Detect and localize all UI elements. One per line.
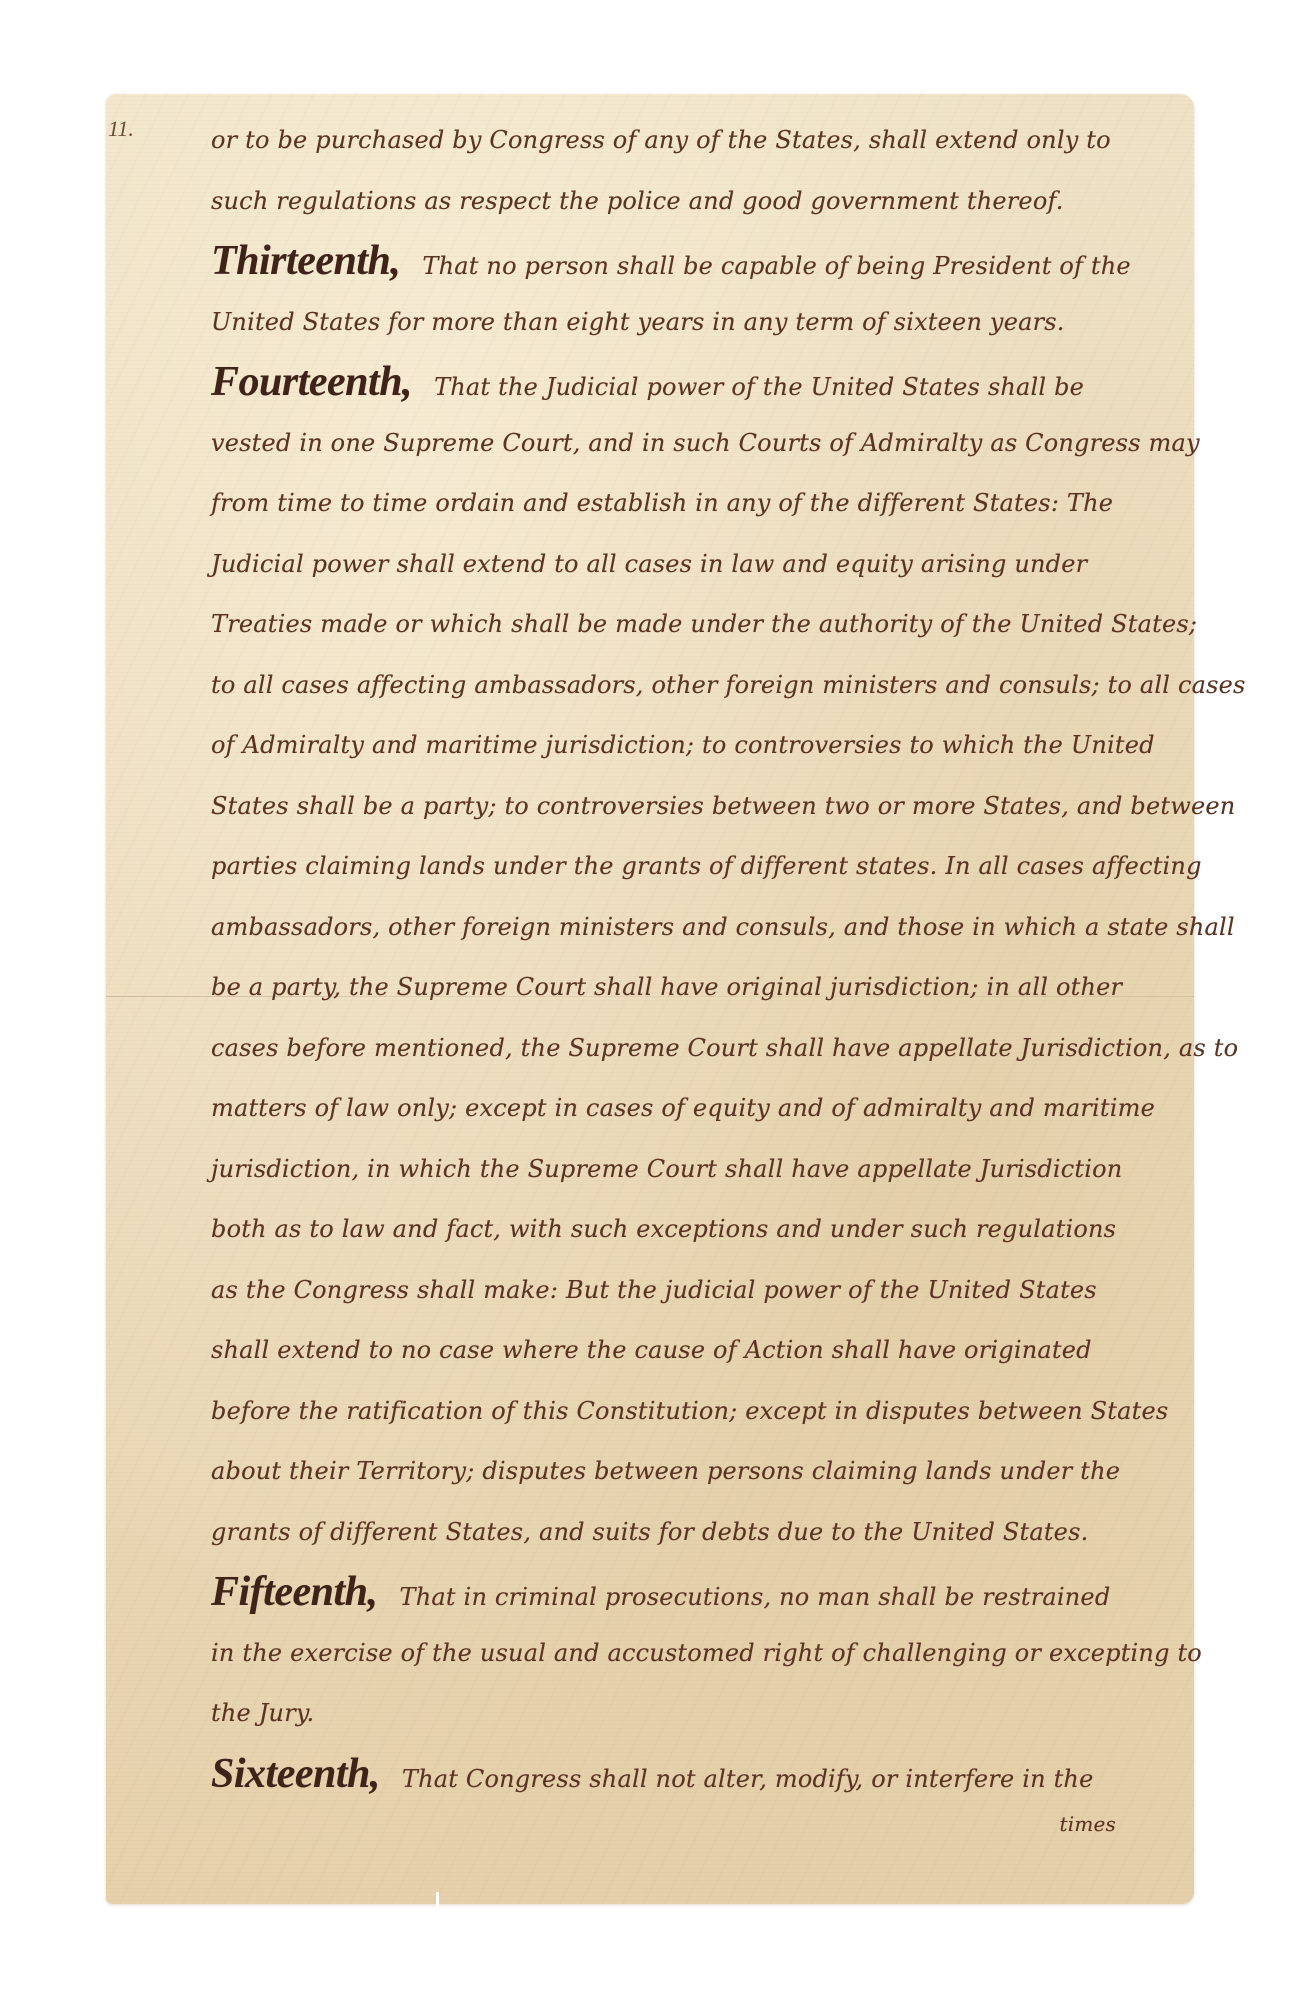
line-text: matters of law only; except in cases of …: [211, 1094, 1155, 1122]
article-heading: Fifteenth,: [211, 1569, 378, 1615]
line-text: grants of different States, and suits fo…: [211, 1518, 1088, 1546]
manuscript-page: 11. or to be purchased by Congress of an…: [106, 94, 1194, 1904]
page-number: 11.: [108, 116, 134, 142]
line-text: to all cases affecting ambassadors, othe…: [211, 671, 1246, 699]
line-text: such regulations as respect the police a…: [211, 187, 1064, 215]
text-line: such regulations as respect the police a…: [211, 171, 1176, 232]
text-line: Treaties made or which shall be made und…: [211, 594, 1176, 655]
text-line: United States for more than eight years …: [211, 292, 1176, 353]
line-text: jurisdiction, in which the Supreme Court…: [211, 1155, 1122, 1183]
line-text: Treaties made or which shall be made und…: [211, 610, 1197, 638]
text-line: Judicial power shall extend to all cases…: [211, 534, 1176, 595]
line-text: vested in one Supreme Court, and in such…: [211, 429, 1200, 457]
line-text: That no person shall be capable of being…: [422, 252, 1130, 280]
line-text: in the exercise of the usual and accusto…: [211, 1639, 1202, 1667]
line-text: of Admiralty and maritime jurisdiction; …: [211, 731, 1155, 759]
text-line: or to be purchased by Congress of any of…: [211, 110, 1176, 171]
manuscript-text: or to be purchased by Congress of any of…: [211, 110, 1176, 1844]
text-line: matters of law only; except in cases of …: [211, 1078, 1176, 1139]
text-line: about their Territory; disputes between …: [211, 1441, 1176, 1502]
catchword: times: [211, 1804, 1176, 1844]
line-text: before the ratification of this Constitu…: [211, 1397, 1168, 1425]
text-line: grants of different States, and suits fo…: [211, 1502, 1176, 1563]
article-thirteenth: Thirteenth,That no person shall be capab…: [211, 231, 1176, 292]
line-text: States shall be a party; to controversie…: [211, 792, 1235, 820]
line-text: ambassadors, other foreign ministers and…: [211, 913, 1235, 941]
article-heading: Sixteenth,: [211, 1751, 380, 1797]
article-fourteenth: Fourteenth,That the Judicial power of th…: [211, 352, 1176, 413]
text-line: in the exercise of the usual and accusto…: [211, 1623, 1176, 1684]
text-line: of Admiralty and maritime jurisdiction; …: [211, 715, 1176, 776]
text-line: shall extend to no case where the cause …: [211, 1320, 1176, 1381]
text-line: vested in one Supreme Court, and in such…: [211, 413, 1176, 474]
paper-edge-tear: [436, 1892, 439, 1906]
line-text: cases before mentioned, the Supreme Cour…: [211, 1034, 1238, 1062]
text-line: be a party, the Supreme Court shall have…: [211, 957, 1176, 1018]
text-line: States shall be a party; to controversie…: [211, 776, 1176, 837]
line-text: That in criminal prosecutions, no man sh…: [400, 1583, 1111, 1611]
line-text: as the Congress shall make: But the judi…: [211, 1276, 1097, 1304]
line-text: be a party, the Supreme Court shall have…: [211, 973, 1122, 1001]
line-text: the Jury.: [211, 1699, 314, 1727]
text-line: from time to time ordain and establish i…: [211, 473, 1176, 534]
text-line: as the Congress shall make: But the judi…: [211, 1260, 1176, 1321]
line-text: both as to law and fact, with such excep…: [211, 1215, 1116, 1243]
line-text: Judicial power shall extend to all cases…: [211, 550, 1087, 578]
line-text: That the Judicial power of the United St…: [434, 373, 1084, 401]
text-line: the Jury.: [211, 1683, 1176, 1744]
article-heading: Fourteenth,: [211, 359, 412, 405]
article-sixteenth: Sixteenth,That Congress shall not alter,…: [211, 1744, 1176, 1805]
line-text: That Congress shall not alter, modify, o…: [402, 1765, 1094, 1793]
line-text: United States for more than eight years …: [211, 308, 1065, 336]
article-fifteenth: Fifteenth,That in criminal prosecutions,…: [211, 1562, 1176, 1623]
text-line: before the ratification of this Constitu…: [211, 1381, 1176, 1442]
text-line: to all cases affecting ambassadors, othe…: [211, 655, 1176, 716]
text-line: parties claiming lands under the grants …: [211, 836, 1176, 897]
article-heading: Thirteenth,: [211, 238, 400, 284]
text-line: both as to law and fact, with such excep…: [211, 1199, 1176, 1260]
line-text: parties claiming lands under the grants …: [211, 852, 1202, 880]
line-text: from time to time ordain and establish i…: [211, 489, 1113, 517]
text-line: ambassadors, other foreign ministers and…: [211, 897, 1176, 958]
line-text: or to be purchased by Congress of any of…: [211, 126, 1111, 154]
line-text: about their Territory; disputes between …: [211, 1457, 1120, 1485]
line-text: shall extend to no case where the cause …: [211, 1336, 1092, 1364]
text-line: cases before mentioned, the Supreme Cour…: [211, 1018, 1176, 1079]
text-line: jurisdiction, in which the Supreme Court…: [211, 1139, 1176, 1200]
